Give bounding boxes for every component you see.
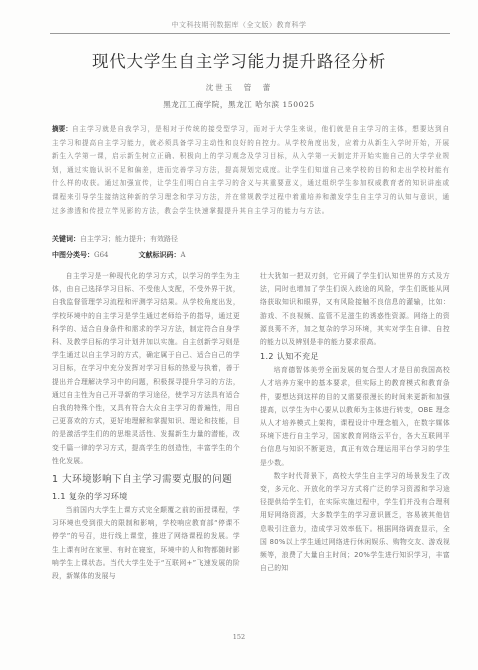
section-1-1-heading: 1.1 复杂的学习环境 xyxy=(52,490,240,503)
classification-line: 中图分类号：G64文献标识码：A xyxy=(52,250,186,260)
keywords-label: 关键词： xyxy=(52,235,80,243)
section-1-2-paragraph-1: 培育德智体美劳全面发展的复合型人才是目前我国高校人才培养方案中的基本要求，但实际… xyxy=(260,364,450,470)
affiliation: 黑龙江工商学院，黑龙江 哈尔滨 150025 xyxy=(0,99,478,110)
section-1-heading: 1 大环境影响下自主学习需要克服的问题 xyxy=(52,473,240,487)
clc-value: G64 xyxy=(94,251,109,259)
doc-code-label: 文献标识码： xyxy=(139,251,181,259)
continued-paragraph: 壮大犹如一把双刃剑，它开阔了学生们认知世界的方式及方法，同时也增加了学生们误入歧… xyxy=(260,270,450,349)
section-1-2-heading: 1.2 认知不充足 xyxy=(260,350,450,363)
abstract-text: 自主学习就是自我学习，是相对于传统的接受型学习，而对于大学生来说，他们就是自主学… xyxy=(52,125,450,215)
section-1-1-paragraph: 当前国内大学生上课方式完全颠覆之前的面授课程，学习环境也受到很大的限制和影响，学… xyxy=(52,504,240,583)
abstract-label: 摘要： xyxy=(52,125,72,133)
left-column: 自主学习是一种现代化的学习方式，以学习的学生为主体，由自己选择学习目标、不受他人… xyxy=(52,270,240,583)
doc-code-value: A xyxy=(181,251,186,259)
clc-label: 中图分类号： xyxy=(52,251,94,259)
running-head: 中文科技期刊数据库（全文版）教育科学 xyxy=(0,20,478,30)
article-title: 现代大学生自主学习能力提升路径分析 xyxy=(0,48,478,72)
intro-paragraph: 自主学习是一种现代化的学习方式，以学习的学生为主体，由自己选择学习目标、不受他人… xyxy=(52,270,240,468)
abstract: 摘要：自主学习就是自我学习，是相对于传统的接受型学习，而对于大学生来说，他们就是… xyxy=(52,123,450,218)
header-rule xyxy=(50,33,450,34)
page-number: 152 xyxy=(0,633,478,641)
authors: 沈世玉 管 蕾 xyxy=(0,82,478,93)
keywords-text: 自主学习；能力提升；有效路径 xyxy=(80,235,178,243)
keywords-line: 关键词：自主学习；能力提升；有效路径 xyxy=(52,234,178,244)
section-1-2-paragraph-2: 数字时代背景下，高校大学生自主学习的场景发生了改变，多元化、开放化的学习方式将广… xyxy=(260,470,450,576)
right-column: 壮大犹如一把双刃剑，它开阔了学生们认知世界的方式及方法，同时也增加了学生们误入歧… xyxy=(260,270,450,575)
